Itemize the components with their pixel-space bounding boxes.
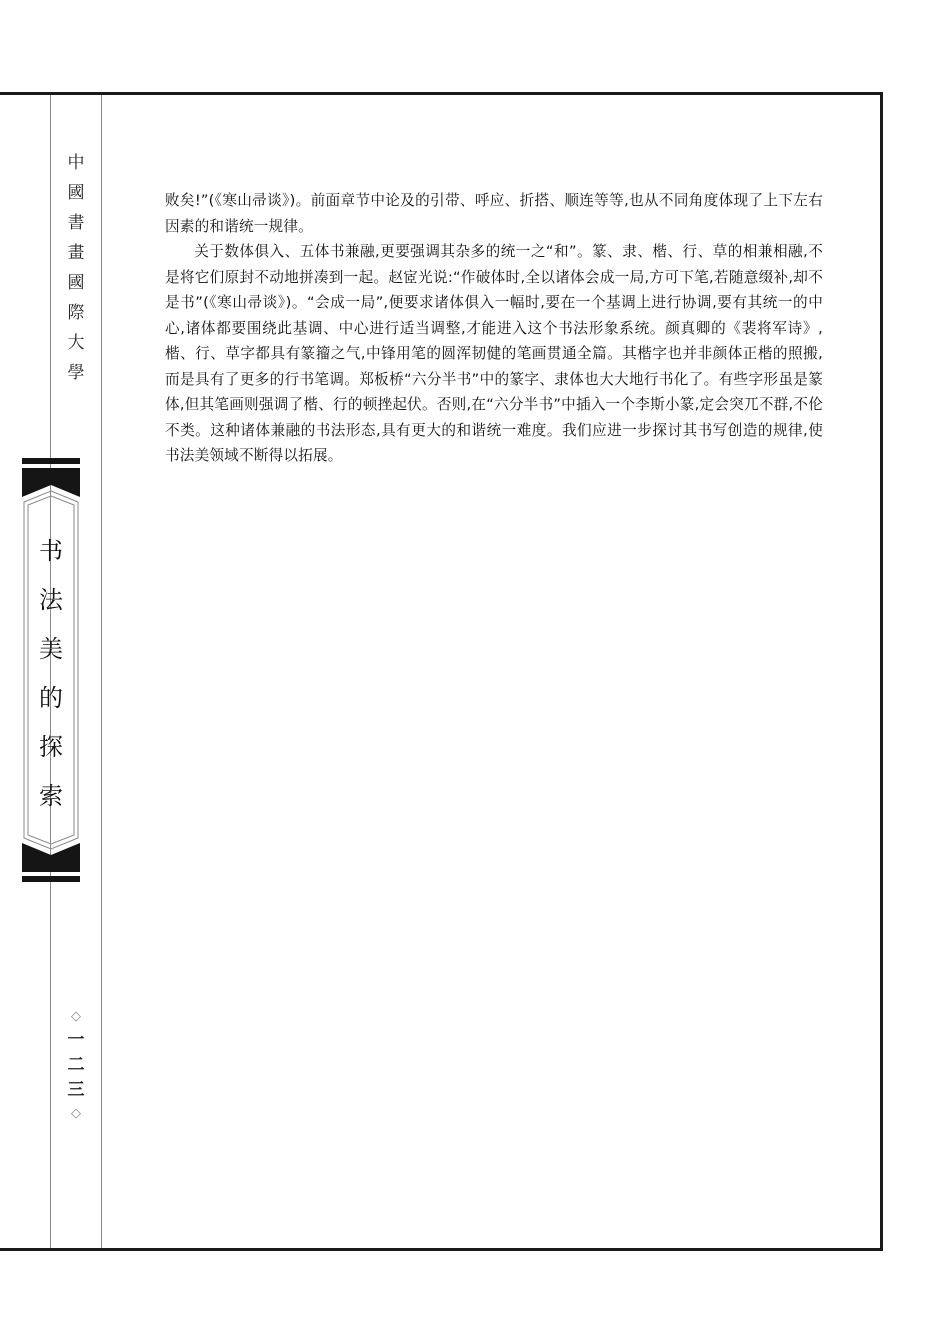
body-text: 败矣!”(《寒山帚谈》)。前面章节中论及的引带、呼应、折搭、顺连等等,也从不同角… bbox=[165, 188, 823, 469]
title-char: 法 bbox=[39, 576, 63, 625]
title-char: 索 bbox=[39, 772, 63, 821]
book-title-plaque: 书 法 美 的 探 索 bbox=[22, 455, 80, 885]
publisher-char: 國 bbox=[68, 178, 85, 208]
publisher-char: 際 bbox=[68, 298, 85, 328]
page-digit: 一 bbox=[68, 1028, 85, 1053]
page-frame-right-border bbox=[880, 92, 883, 1251]
page-digit: 三 bbox=[68, 1078, 85, 1103]
publisher-char: 中 bbox=[68, 148, 85, 178]
diamond-icon: ◇ bbox=[71, 1006, 81, 1028]
plaque-bottom-bar bbox=[22, 876, 80, 882]
publisher-char: 畫 bbox=[68, 238, 85, 268]
title-char: 美 bbox=[39, 625, 63, 674]
publisher-vertical-label: 中 國 書 畫 國 際 大 學 bbox=[52, 148, 100, 388]
paragraph: 败矣!”(《寒山帚谈》)。前面章节中论及的引带、呼应、折搭、顺连等等,也从不同角… bbox=[165, 188, 823, 239]
publisher-char: 學 bbox=[68, 358, 85, 388]
page-number: ◇ 一 二 三 ◇ bbox=[52, 1006, 100, 1125]
spine-rule-inner bbox=[101, 95, 102, 1248]
publisher-char: 國 bbox=[68, 268, 85, 298]
paragraph: 关于数体俱入、五体书兼融,更要强调其杂多的统一之“和”。篆、隶、楷、行、草的相兼… bbox=[165, 239, 823, 469]
title-char: 探 bbox=[39, 723, 63, 772]
page-digit: 二 bbox=[68, 1053, 85, 1078]
diamond-icon: ◇ bbox=[71, 1103, 81, 1125]
book-title-vertical: 书 法 美 的 探 索 bbox=[22, 527, 80, 821]
publisher-char: 大 bbox=[68, 328, 85, 358]
publisher-char: 書 bbox=[68, 208, 85, 238]
title-char: 书 bbox=[39, 527, 63, 576]
page-frame-top-border bbox=[0, 92, 883, 95]
page-frame-bottom-border bbox=[0, 1248, 883, 1251]
title-char: 的 bbox=[39, 674, 63, 723]
